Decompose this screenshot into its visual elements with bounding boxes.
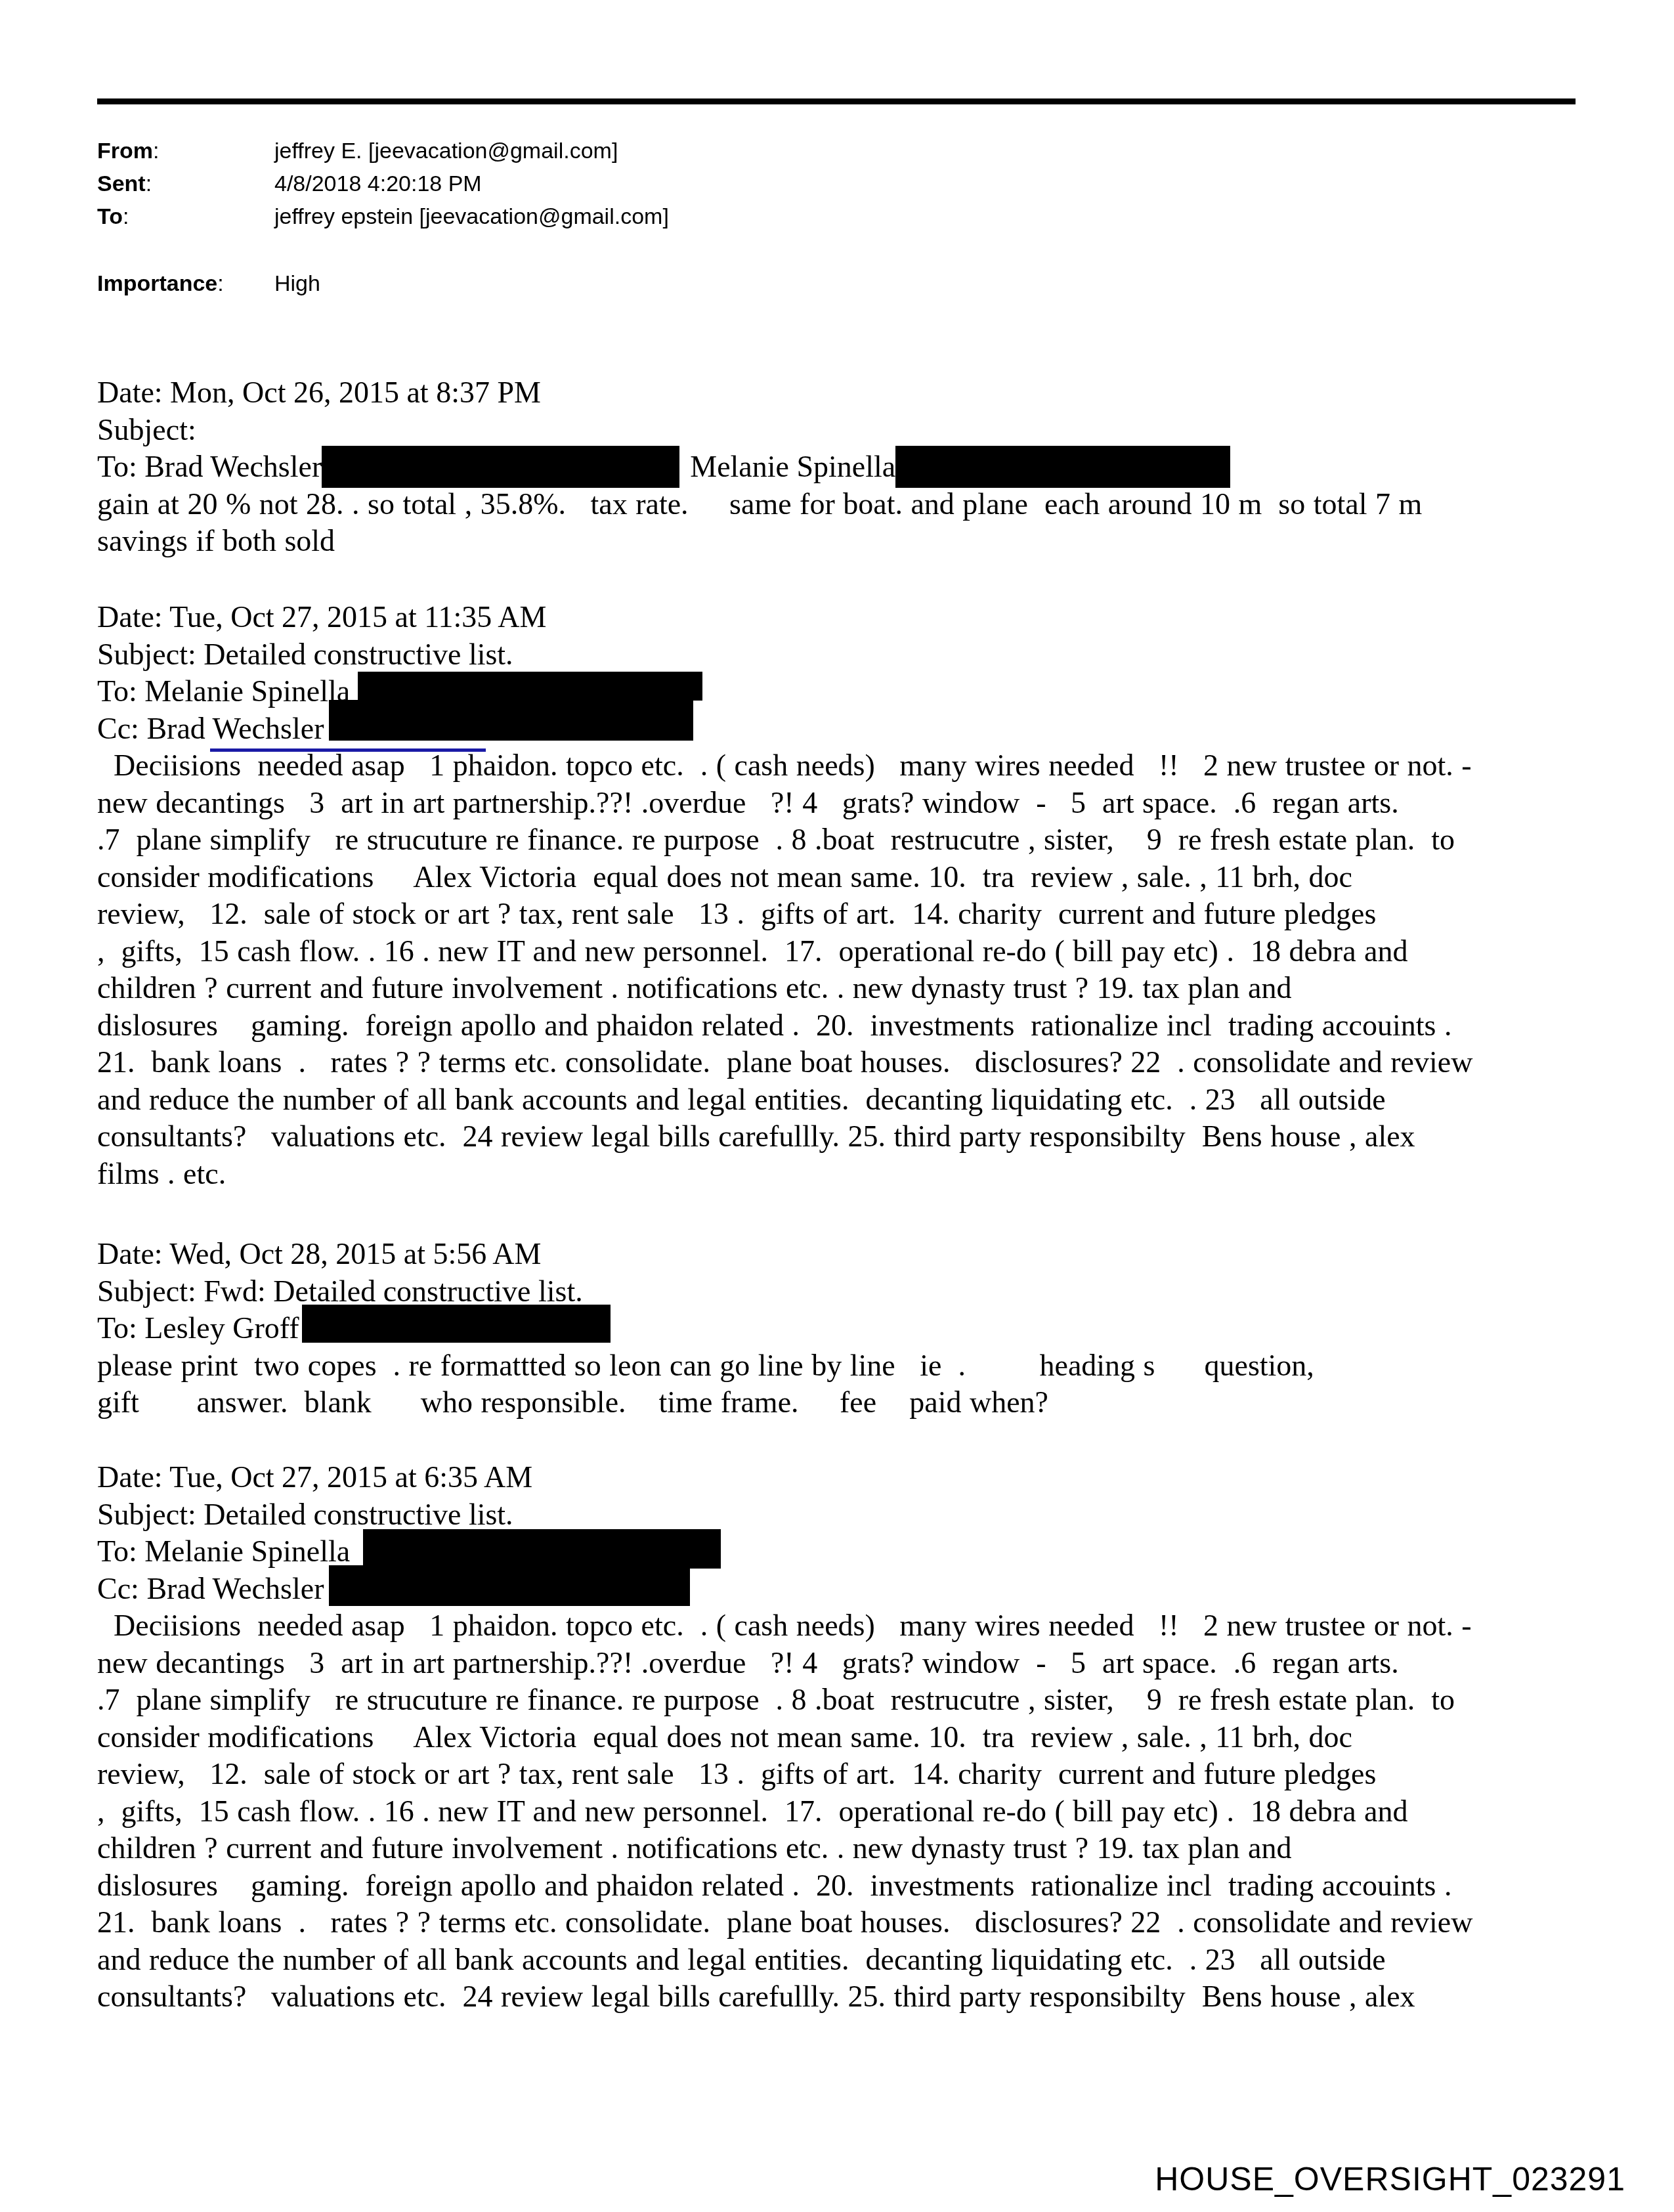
header-rule (97, 98, 1576, 104)
sent-value: 4/8/2018 4:20:18 PM (274, 167, 482, 200)
email-4-body-line: Deciisions needed asap 1 phaidon. topco … (97, 1607, 1581, 1645)
email-4-body-line: .7 plane simplify re strucuture re finan… (97, 1681, 1581, 1719)
email-4-body-line: children ? current and future involvemen… (97, 1830, 1581, 1867)
email-2-body-line: Deciisions needed asap 1 phaidon. topco … (97, 747, 1581, 785)
email-4-cc-name: Cc: Brad Wechsler (97, 1572, 324, 1605)
email-2-to-name: To: Melanie Spinella (97, 674, 350, 708)
header-importance-row: Importance:High (97, 267, 320, 300)
header-to-row: To:jeffrey epstein [jeevacation@gmail.co… (97, 200, 669, 233)
email-2-body-line: and reduce the number of all bank accoun… (97, 1081, 1581, 1119)
email-3-to-name: To: Lesley Groff (97, 1311, 299, 1345)
email-2-to: To: Melanie Spinella (97, 673, 1581, 710)
email-4-cc: Cc: Brad Wechsler (97, 1571, 1581, 1608)
bates-number: HOUSE_OVERSIGHT_023291 (1155, 2160, 1625, 2198)
importance-value: High (274, 267, 320, 300)
email-4: Date: Tue, Oct 27, 2015 at 6:35 AM Subje… (97, 1459, 1581, 2016)
email-4-subject: Subject: Detailed constructive list. (97, 1496, 1581, 1534)
email-3-body-line: please print two copes . re formattted s… (97, 1347, 1581, 1385)
redaction-box (329, 1565, 690, 1606)
header-sent-row: Sent:4/8/2018 4:20:18 PM (97, 167, 482, 200)
to-value: jeffrey epstein [jeevacation@gmail.com] (274, 200, 669, 233)
email-4-body-line: 21. bank loans . rates ? ? terms etc. co… (97, 1904, 1581, 1941)
email-2-body-line: , gifts, 15 cash flow. . 16 . new IT and… (97, 933, 1581, 970)
email-4-body-line: , gifts, 15 cash flow. . 16 . new IT and… (97, 1793, 1581, 1831)
redaction-box (322, 446, 679, 488)
email-2: Date: Tue, Oct 27, 2015 at 11:35 AM Subj… (97, 599, 1581, 1192)
email-2-cc: Cc: Brad Wechsler (97, 710, 1581, 748)
redaction-box (302, 1305, 611, 1343)
header-from-row: From:jeffrey E. [jeevacation@gmail.com] (97, 135, 618, 167)
email-4-body-line: and reduce the number of all bank accoun… (97, 1941, 1581, 1979)
importance-label: Importance: (97, 267, 274, 300)
email-1-to-name: To: Brad Wechsler (97, 450, 322, 483)
redaction-box (363, 1529, 721, 1569)
email-4-date: Date: Tue, Oct 27, 2015 at 6:35 AM (97, 1459, 1581, 1496)
email-3-to: To: Lesley Groff (97, 1310, 1581, 1347)
to-label: To: (97, 200, 274, 233)
email-2-body-line: consider modifications Alex Victoria equ… (97, 859, 1581, 896)
email-3: Date: Wed, Oct 28, 2015 at 5:56 AM Subje… (97, 1236, 1581, 1421)
email-1-body-line: gain at 20 % not 28. . so total , 35.8%.… (97, 486, 1581, 523)
email-4-body-line: review, 12. sale of stock or art ? tax, … (97, 1756, 1581, 1793)
email-4-to-name: To: Melanie Spinella (97, 1534, 350, 1568)
email-1: Date: Mon, Oct 26, 2015 at 8:37 PM Subje… (97, 374, 1581, 560)
email-1-subject: Subject: (97, 412, 1581, 449)
email-3-body-line: gift answer. blank who responsible. time… (97, 1384, 1581, 1421)
email-2-body-line: new decantings 3 art in art partnership.… (97, 785, 1581, 822)
email-2-body-line: children ? current and future involvemen… (97, 970, 1581, 1007)
email-2-body-line: review, 12. sale of stock or art ? tax, … (97, 896, 1581, 933)
email-4-body-line: consider modifications Alex Victoria equ… (97, 1719, 1581, 1756)
from-label: From: (97, 135, 274, 167)
hyperlink-underline (210, 748, 486, 752)
from-value: jeffrey E. [jeevacation@gmail.com] (274, 135, 618, 167)
email-2-cc-name: Cc: Brad Wechsler (97, 712, 324, 745)
email-2-body-line: films . etc. (97, 1156, 1581, 1193)
email-1-to-second-name: Melanie Spinella (690, 450, 895, 483)
email-2-body-line: 21. bank loans . rates ? ? terms etc. co… (97, 1044, 1581, 1081)
email-2-subject: Subject: Detailed constructive list. (97, 636, 1581, 674)
email-2-body-line: consultants? valuations etc. 24 review l… (97, 1118, 1581, 1156)
email-4-body-line: dislosures gaming. foreign apollo and ph… (97, 1867, 1581, 1905)
email-3-date: Date: Wed, Oct 28, 2015 at 5:56 AM (97, 1236, 1581, 1273)
email-1-date: Date: Mon, Oct 26, 2015 at 8:37 PM (97, 374, 1581, 412)
email-4-body-line: new decantings 3 art in art partnership.… (97, 1645, 1581, 1682)
email-4-to: To: Melanie Spinella (97, 1533, 1581, 1571)
redaction-box (329, 700, 693, 741)
email-2-date: Date: Tue, Oct 27, 2015 at 11:35 AM (97, 599, 1581, 636)
sent-label: Sent: (97, 167, 274, 200)
email-1-to: To: Brad WechslerMelanie Spinella (97, 448, 1581, 486)
redaction-box (895, 446, 1230, 488)
email-1-body-line: savings if both sold (97, 523, 1581, 560)
redaction-box (358, 672, 702, 701)
email-4-body-line: consultants? valuations etc. 24 review l… (97, 1978, 1581, 2016)
email-2-body-line: .7 plane simplify re strucuture re finan… (97, 821, 1581, 859)
email-2-body-line: dislosures gaming. foreign apollo and ph… (97, 1007, 1581, 1045)
